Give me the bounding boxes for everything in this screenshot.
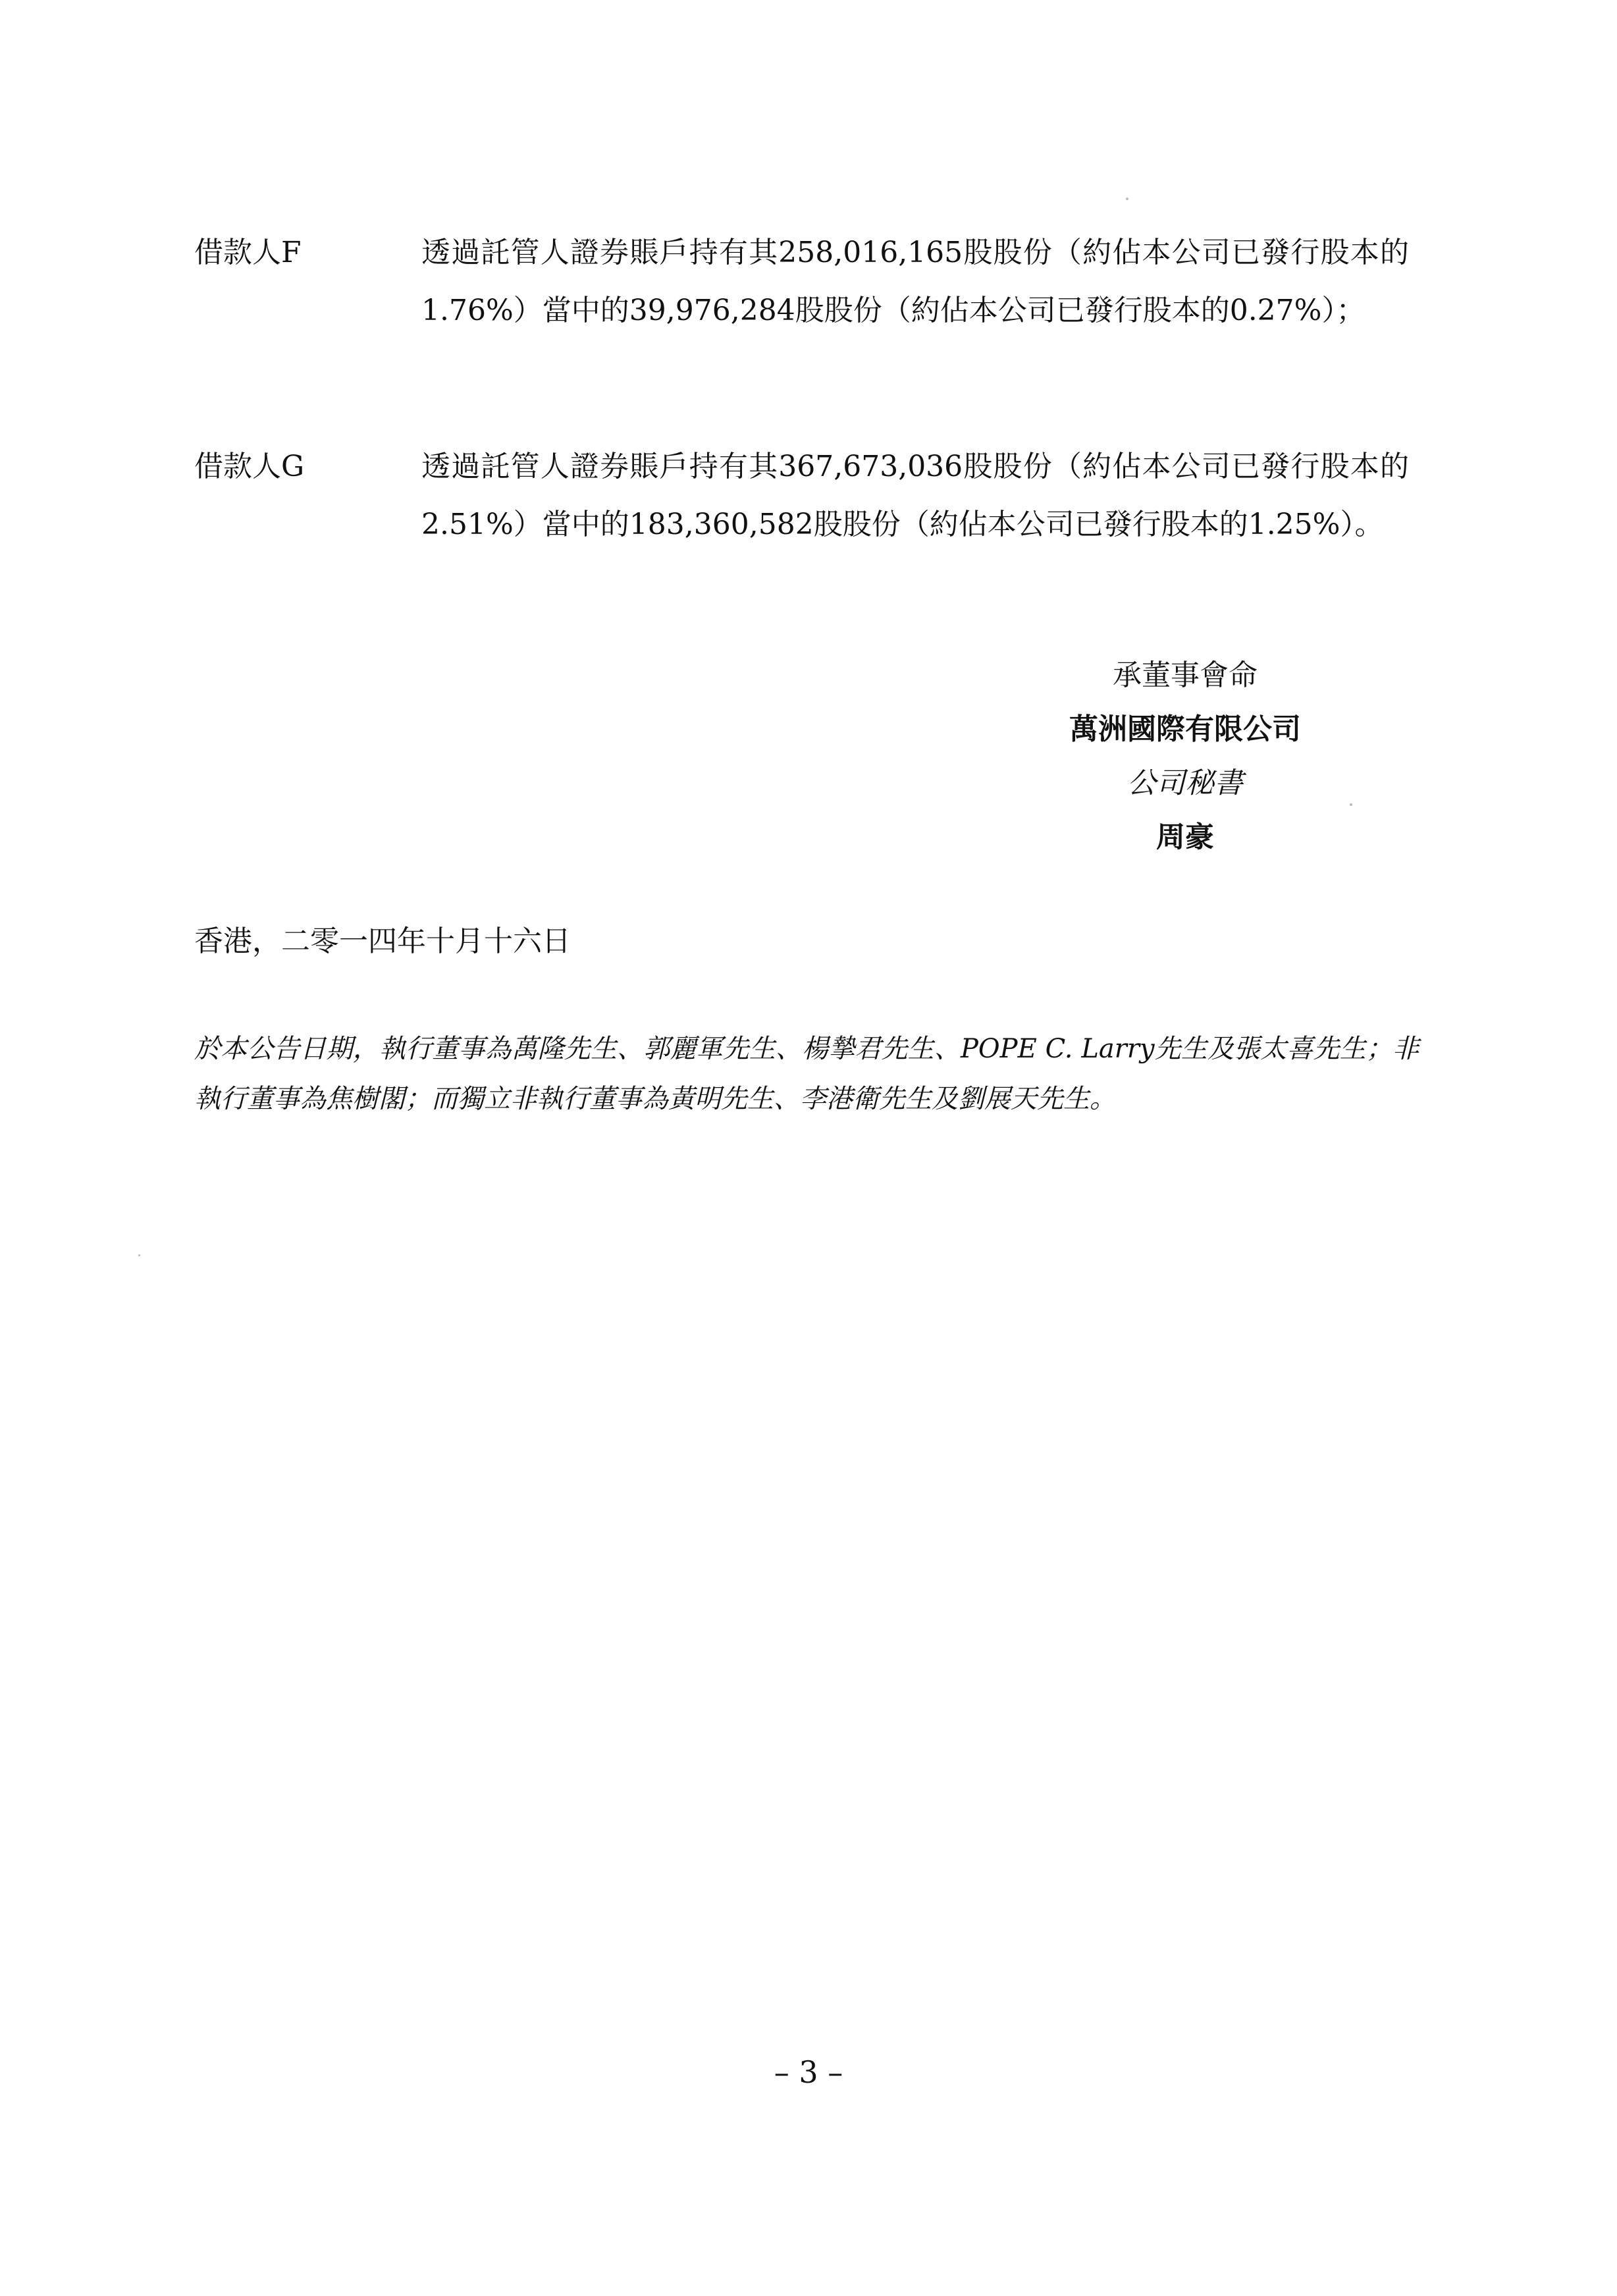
scan-speck xyxy=(1126,198,1128,200)
signature-order-line: 承董事會命 xyxy=(974,649,1396,703)
directors-note: 於本公告日期，執行董事為萬隆先生、郭麗軍先生、楊摯君先生、POPE C. Lar… xyxy=(194,1024,1419,1124)
borrower-f-label: 借款人F xyxy=(194,224,302,282)
company-name: 萬洲國際有限公司 xyxy=(974,703,1396,757)
signature-block: 承董事會命 萬洲國際有限公司 公司秘書 周豪 xyxy=(974,649,1396,865)
signatory-title: 公司秘書 xyxy=(974,757,1396,811)
document-page: 借款人F 透過託管人證券賬戶持有其258,016,165股股份（約佔本公司已發行… xyxy=(0,0,1617,2296)
document-date: 香港，二零一四年十月十六日 xyxy=(194,919,571,965)
signatory-name: 周豪 xyxy=(974,811,1396,865)
borrower-g-label: 借款人G xyxy=(194,438,304,496)
borrower-f-text: 透過託管人證券賬戶持有其258,016,165股股份（約佔本公司已發行股本的1.… xyxy=(421,224,1409,340)
scan-speck xyxy=(138,1254,140,1256)
borrower-g-text: 透過託管人證券賬戶持有其367,673,036股股份（約佔本公司已發行股本的2.… xyxy=(421,438,1409,554)
page-number: – 3 – xyxy=(0,2054,1617,2090)
scan-speck xyxy=(1350,803,1352,806)
